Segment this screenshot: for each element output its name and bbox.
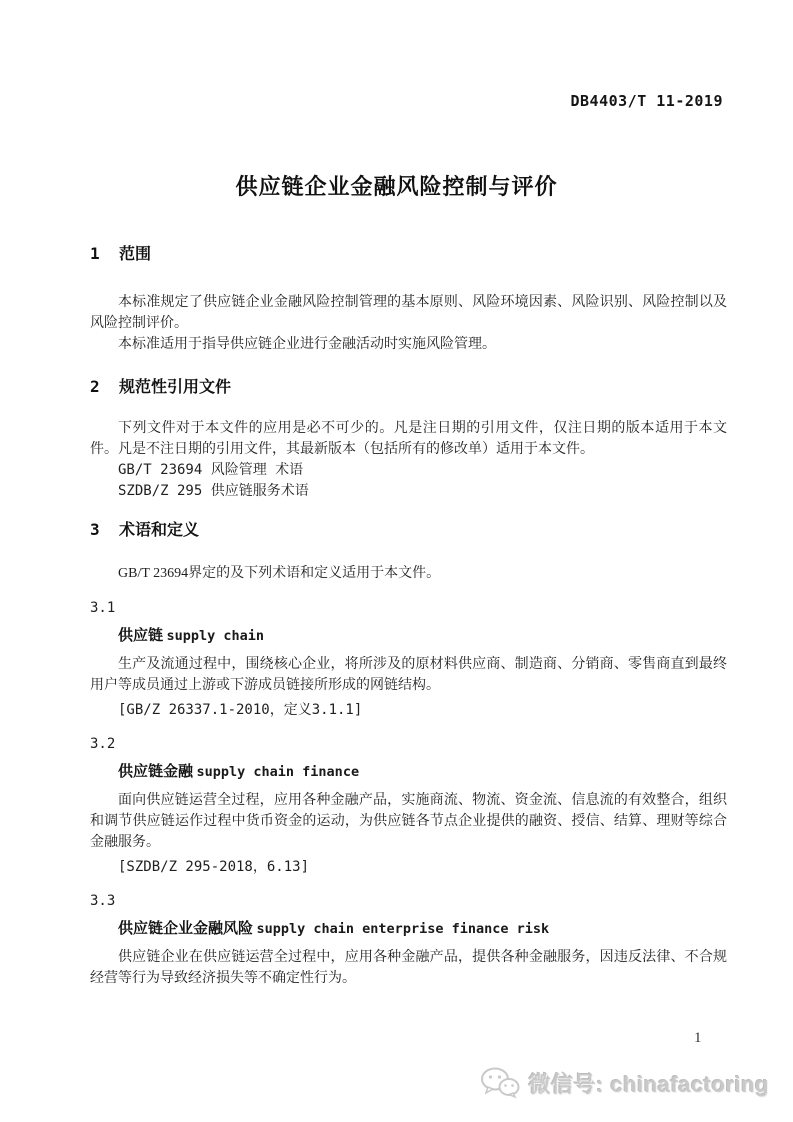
term-3-1-number: 3.1 [90, 598, 727, 619]
section-2-paragraph-1: 下列文件对于本文件的应用是必不可少的。凡是注日期的引用文件，仅注日期的版本适用于… [90, 418, 727, 460]
watermark-text: 微信号: chinafactoring [528, 1068, 769, 1099]
term-3-1-definition: 生产及流通过程中，围绕核心企业，将所涉及的原材料供应商、制造商、分销商、零售商直… [90, 654, 727, 696]
term-3-1-zh: 供应链 [118, 627, 163, 644]
document-page: DB4403/T 11-2019 供应链企业金融风险控制与评价 1范围 本标准规… [0, 0, 793, 1122]
wechat-watermark: 微信号: chinafactoring [480, 1066, 769, 1100]
section-3-title: 术语和定义 [119, 522, 199, 539]
normative-reference-2: SZDB/Z 295 供应链服务术语 [90, 481, 727, 502]
term-3-3-definition: 供应链企业在供应链运营全过程中，应用各种金融产品，提供各种金融服务，因违反法律、… [90, 947, 727, 989]
section-1-title: 范围 [119, 246, 151, 263]
section-2-title: 规范性引用文件 [119, 379, 231, 396]
term-3-3-title: 供应链企业金融风险 supply chain enterprise financ… [90, 918, 727, 940]
term-3-2-number: 3.2 [90, 734, 727, 755]
section-2-number: 2 [90, 376, 119, 398]
term-3-1-source: [GB/Z 26337.1-2010，定义3.1.1] [90, 700, 727, 721]
term-3-2-source: [SZDB/Z 295-2018，6.13] [90, 857, 727, 878]
section-3-heading: 3术语和定义 [90, 519, 727, 542]
term-3-1-en: supply chain [167, 628, 265, 644]
section-3-intro: GB/T 23694界定的及下列术语和定义适用于本文件。 [90, 563, 727, 584]
page-number: 1 [694, 1030, 702, 1047]
term-3-1-title: 供应链 supply chain [90, 625, 727, 647]
wechat-icon [480, 1066, 520, 1100]
term-3-3-zh: 供应链企业金融风险 [118, 920, 253, 937]
normative-reference-1: GB/T 23694 风险管理 术语 [90, 460, 727, 481]
term-3-2-title: 供应链金融 supply chain finance [90, 761, 727, 783]
section-1-paragraph-1: 本标准规定了供应链企业金融风险控制管理的基本原则、风险环境因素、风险识别、风险控… [90, 292, 727, 334]
section-1-paragraph-2: 本标准适用于指导供应链企业进行金融活动时实施风险管理。 [90, 334, 727, 355]
term-3-2-definition: 面向供应链运营全过程，应用各种金融产品，实施商流、物流、资金流、信息流的有效整合… [90, 790, 727, 853]
section-3-number: 3 [90, 519, 119, 541]
document-body: 1范围 本标准规定了供应链企业金融风险控制管理的基本原则、风险环境因素、风险识别… [90, 243, 727, 989]
section-1-number: 1 [90, 243, 119, 265]
term-3-2-zh: 供应链金融 [118, 763, 193, 780]
section-2-heading: 2规范性引用文件 [90, 376, 727, 399]
document-title: 供应链企业金融风险控制与评价 [0, 170, 793, 201]
term-3-3-number: 3.3 [90, 891, 727, 912]
term-3-2-en: supply chain finance [197, 764, 360, 780]
standard-doc-code: DB4403/T 11-2019 [571, 92, 724, 110]
section-1-heading: 1范围 [90, 243, 727, 266]
term-3-3-en: supply chain enterprise finance risk [257, 921, 550, 937]
